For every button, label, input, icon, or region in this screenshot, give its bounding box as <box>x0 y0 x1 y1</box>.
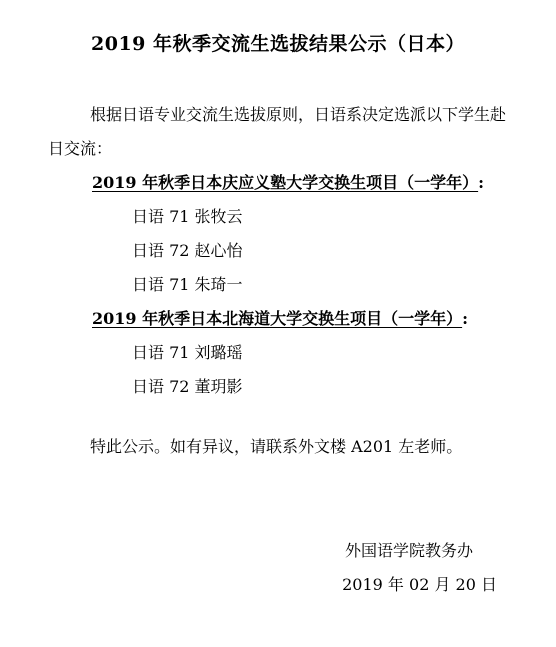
program-heading-keio-text: 2019 年秋季日本庆应义塾大学交换生项目（一学年） <box>92 173 478 192</box>
student-row: 日语 71 刘璐瑶 <box>132 336 556 370</box>
program-heading-hokkaido-colon: : <box>462 309 468 328</box>
program-section-hokkaido: 2019 年秋季日本北海道大学交换生项目（一学年）: 日语 71 刘璐瑶 日语 … <box>0 302 556 404</box>
intro-paragraph: 根据日语专业交流生选拔原则，日语系决定选派以下学生赴 日交流： <box>0 98 556 166</box>
program-heading-hokkaido: 2019 年秋季日本北海道大学交换生项目（一学年）: <box>92 302 556 336</box>
program-section-keio: 2019 年秋季日本庆应义塾大学交换生项目（一学年）: 日语 71 张牧云 日语… <box>0 166 556 302</box>
program-heading-keio-colon: : <box>478 173 484 192</box>
date: 2019 年 02 月 20 日 <box>0 568 497 602</box>
document-page: 2019 年秋季交流生选拔结果公示（日本） 根据日语专业交流生选拔原则，日语系决… <box>0 0 556 647</box>
program-heading-keio: 2019 年秋季日本庆应义塾大学交换生项目（一学年）: <box>92 166 556 200</box>
student-row: 日语 72 赵心怡 <box>132 234 556 268</box>
intro-line-1: 根据日语专业交流生选拔原则，日语系决定选派以下学生赴 <box>48 98 516 132</box>
student-row: 日语 71 朱琦一 <box>132 268 556 302</box>
closing-note: 特此公示。如有异议，请联系外文楼 A201 左老师。 <box>90 430 556 464</box>
intro-line-2: 日交流： <box>48 132 556 166</box>
signature: 外国语学院教务办 <box>0 534 473 568</box>
student-row: 日语 71 张牧云 <box>132 200 556 234</box>
program-heading-hokkaido-text: 2019 年秋季日本北海道大学交换生项目（一学年） <box>92 309 462 328</box>
student-row: 日语 72 董玥影 <box>132 370 556 404</box>
document-title: 2019 年秋季交流生选拔结果公示（日本） <box>40 30 516 58</box>
